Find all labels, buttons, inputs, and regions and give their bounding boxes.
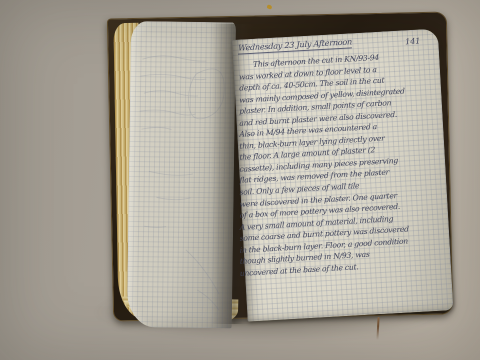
notebook: Wednesday 23 July Afternoon 141 This aft… xyxy=(0,0,480,360)
entry-body-text: This afternoon the cut in KN/93-94 was w… xyxy=(239,49,429,279)
pencil-sketch xyxy=(127,21,236,328)
photo-background: Wednesday 23 July Afternoon 141 This aft… xyxy=(0,0,480,360)
left-page xyxy=(127,21,236,328)
entry-date-heading: Wednesday 23 July Afternoon xyxy=(238,37,352,54)
journal-entry: Wednesday 23 July Afternoon 141 This aft… xyxy=(238,33,443,313)
page-number: 141 xyxy=(405,36,421,46)
right-page: Wednesday 23 July Afternoon 141 This aft… xyxy=(232,29,453,322)
